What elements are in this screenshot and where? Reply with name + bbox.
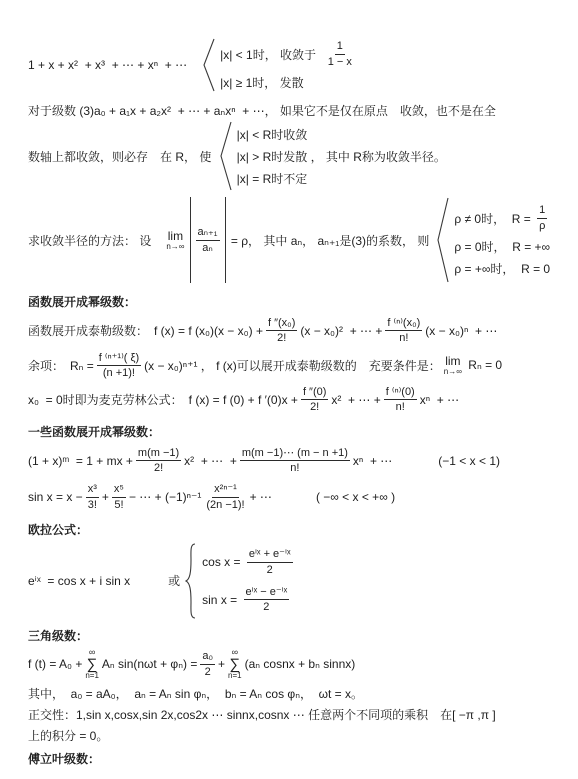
taylor-mid-text: (x − x₀)² + ⋯ + [300, 324, 382, 338]
fraction-numerator: f ″(0) [301, 385, 328, 400]
heading-some-expansions-text: 一些函数展开成幂级数： [28, 423, 160, 440]
lim-symbol: lim [168, 230, 183, 242]
maclaurin-mid-text: x² + ⋯ + [331, 393, 380, 407]
euler-cos-pre: cos x = [202, 555, 244, 569]
radius-method-label: 求收敛半径的方法： 设 [28, 232, 163, 249]
euler-lhs: eⁱˣ = cos x + i sin x [28, 574, 130, 588]
fraction-denominator: 3! [86, 498, 99, 512]
fraction-x5-over-5fact: x⁵5! [112, 482, 126, 512]
fraction-sin: eⁱˣ − e⁻ⁱˣ2 [244, 585, 290, 615]
fraction-x2n1-over-2n1fact: x²ⁿ⁻¹(2n −1)! [204, 482, 246, 512]
text-integral-zero-content: 上的积分 = 0。 [28, 727, 108, 744]
fraction-f2-over-2fact: f ″(x₀)2! [266, 316, 297, 346]
fraction-denominator: 2 [261, 600, 271, 614]
formula-radius-method: 求收敛半径的方法： 设 limn→∞ aₙ₊₁aₙ = ρ， 其中 aₙ， aₙ… [28, 197, 562, 283]
fraction-one-over-one-minus-x: 11 − x [326, 39, 354, 69]
sum-lower-limit: n=1 [228, 672, 242, 680]
heading-fourier-series-text: 傅立叶级数： [28, 750, 100, 767]
fraction-denominator: aₙ [200, 241, 215, 255]
trig-mid2-text: (aₙ cosnx + bₙ sinnx) [245, 657, 356, 671]
rho-case-infinity: ρ = +∞时， R = 0 [454, 260, 550, 277]
formula-euler: eⁱˣ = cos x + i sin x 或 cos x = eⁱˣ + e⁻… [28, 542, 562, 620]
fraction-denominator: 2 [265, 563, 275, 577]
formula-maclaurin: x₀ = 0时即为麦克劳林公式： f (x) = f (0) + f ′(0)x… [28, 385, 562, 415]
power-series-line2-text: 数轴上都收敛，则必存 在 R， 使 [28, 148, 215, 165]
fraction-numerator: x⁵ [112, 482, 126, 497]
formula-binomial: (1 + x)ᵐ = 1 + mx + m(m −1)2! x² + ⋯ + m… [28, 446, 562, 476]
trig-pre-text: f (t) = A₀ + [28, 657, 82, 671]
euler-cases: cos x = eⁱˣ + e⁻ⁱˣ2 sin x = eⁱˣ − e⁻ⁱˣ2 [202, 547, 295, 614]
para-power-series-definition: 对于级数 (3)a₀ + a₁x + a₂x² + ⋯ + aₙxⁿ + ⋯， … [28, 102, 562, 191]
fraction-denominator: 2! [152, 461, 165, 475]
euler-or-text: 或 [168, 572, 180, 589]
radius-case-divergent: |x| > R时发散 ， 其中 R称为收敛半径。 [237, 148, 446, 165]
fraction-one-over-rho: 1ρ [537, 203, 547, 233]
fraction-a0-over-2: a₀2 [200, 649, 215, 679]
limit-operator: limn→∞ [166, 230, 184, 251]
radius-cases: |x| < R时收敛 |x| > R时发散 ， 其中 R称为收敛半径。 |x| … [237, 126, 446, 187]
fraction-an1-over-an: aₙ₊₁aₙ [196, 225, 220, 255]
text-integral-zero: 上的积分 = 0。 [28, 727, 562, 744]
abs-bar [190, 197, 191, 283]
fraction-cos: eⁱˣ + e⁻ⁱˣ2 [247, 547, 293, 577]
fraction-mterms-over-nfact: m(m −1)⋯ (m − n +1)n! [240, 446, 350, 476]
fraction-mm1-over-2fact: m(m −1)2! [136, 446, 181, 476]
fraction-numerator: aₙ₊₁ [196, 225, 220, 240]
fraction-denominator: n! [288, 461, 301, 475]
sum-symbol: ∑ [87, 658, 98, 672]
fraction-numerator: eⁱˣ − e⁻ⁱˣ [244, 585, 290, 600]
formula-sine: sin x = x − x³3! + x⁵5! − ⋯ + (−1)ⁿ⁻¹ x²… [28, 482, 562, 512]
angle-bracket-icon [203, 38, 215, 92]
euler-sin-pre: sin x = [202, 593, 240, 607]
fraction-f2-over-2fact: f ″(0)2! [301, 385, 328, 415]
power-series-line1-text: 对于级数 (3)a₀ + a₁x + a₂x² + ⋯ + aₙxⁿ + ⋯， … [28, 102, 496, 119]
geometric-series-expression: 1 + x + x² + x³ + ⋯ + xⁿ + ⋯ [28, 58, 187, 72]
rho-case-nonzero-text: ρ ≠ 0时， R = [454, 210, 534, 227]
remainder-pre-text: 余项： Rₙ = [28, 357, 94, 374]
heading-power-expansion-text: 函数展开成幂级数： [28, 293, 136, 310]
angle-bracket-icon [437, 197, 449, 283]
heading-euler-text: 欧拉公式： [28, 521, 88, 538]
fraction-numerator: eⁱˣ + e⁻ⁱˣ [247, 547, 293, 562]
euler-cos-line: cos x = eⁱˣ + e⁻ⁱˣ2 [202, 547, 295, 577]
radius-method-mid-text: = ρ， 其中 aₙ， aₙ₊₁是(3)的系数， 则 [228, 232, 430, 249]
heading-trig-series: 三角级数： [28, 627, 562, 644]
fraction-numerator: a₀ [200, 649, 215, 664]
heading-some-expansions: 一些函数展开成幂级数： [28, 423, 562, 440]
fraction-denominator: 2! [308, 400, 321, 414]
binomial-pre-text: (1 + x)ᵐ = 1 + mx + [28, 454, 133, 468]
heading-trig-series-text: 三角级数： [28, 627, 88, 644]
power-series-line2: 数轴上都收敛，则必存 在 R， 使 |x| < R时收敛 |x| > R时发散 … [28, 121, 562, 191]
sine-pre-text: sin x = x − [28, 490, 83, 504]
case-convergent-text: |x| < 1时， 收敛于 [220, 46, 323, 63]
fraction-denominator: 1 − x [326, 55, 354, 69]
rho-case-zero: ρ = 0时， R = +∞ [454, 238, 550, 255]
fraction-numerator: 1 [335, 39, 345, 54]
fraction-numerator: f ⁽ⁿ⁾(x₀) [385, 316, 422, 331]
text-coefficients: 其中， a₀ = aA₀， aₙ = Aₙ sin φₙ， bₙ = Aₙ co… [28, 685, 562, 702]
binomial-mid-text: x² + ⋯ + [184, 454, 237, 468]
fraction-numerator: x²ⁿ⁻¹ [212, 482, 239, 497]
angle-bracket-icon [220, 121, 232, 191]
rho-cases: ρ ≠ 0时， R = 1ρ ρ = 0时， R = +∞ ρ = +∞时， R… [454, 203, 550, 277]
lim-subscript: n→∞ [444, 368, 462, 376]
lim-symbol: lim [445, 355, 460, 367]
fraction-denominator: n! [394, 400, 407, 414]
fraction-denominator: ρ [537, 219, 547, 233]
fraction-numerator: m(m −1) [136, 446, 181, 461]
limit-operator: limn→∞ [444, 355, 462, 376]
heading-fourier-series: 傅立叶级数： [28, 750, 562, 767]
fraction-denominator: n! [397, 331, 410, 345]
sum-lower-limit: n=1 [85, 672, 99, 680]
sine-mid-text: − ⋯ + (−1)ⁿ⁻¹ [129, 490, 201, 504]
binomial-post-text: xⁿ + ⋯ [353, 454, 392, 468]
fraction-denominator: 2 [203, 665, 213, 679]
geometric-series-cases: |x| < 1时， 收敛于 11 − x |x| ≥ 1时， 发散 [220, 39, 357, 91]
fraction-remainder: f ⁽ⁿ⁺¹⁾( ξ)(n +1)! [97, 351, 141, 381]
maclaurin-post-text: xⁿ + ⋯ [420, 393, 459, 407]
sine-plus-sign: + [102, 490, 109, 504]
formula-trig-series: f (t) = A₀ + ∞∑n=1 Aₙ sin(nωt + φₙ) = a₀… [28, 648, 562, 681]
euler-sin-line: sin x = eⁱˣ − e⁻ⁱˣ2 [202, 585, 295, 615]
fraction-denominator: 5! [112, 498, 125, 512]
binomial-range: (−1 < x < 1) [438, 454, 500, 468]
rho-case-nonzero: ρ ≠ 0时， R = 1ρ [454, 203, 550, 233]
fraction-numerator: x³ [86, 482, 99, 497]
fraction-denominator: 2! [275, 331, 288, 345]
fraction-numerator: 1 [537, 203, 547, 218]
text-coefficients-content: 其中， a₀ = aA₀， aₙ = Aₙ sin φₙ， bₙ = Aₙ co… [28, 685, 363, 702]
math-notes-page: 1 + x + x² + x³ + ⋯ + xⁿ + ⋯ |x| < 1时， 收… [0, 0, 578, 779]
fraction-numerator: m(m −1)⋯ (m − n +1) [240, 446, 350, 461]
fraction-x3-over-3fact: x³3! [86, 482, 99, 512]
sine-range: ( −∞ < x < +∞ ) [316, 490, 395, 504]
heading-power-expansion: 函数展开成幂级数： [28, 293, 562, 310]
formula-taylor-series: 函数展开成泰勒级数： f (x) = f (x₀)(x − x₀) + f ″(… [28, 316, 562, 346]
maclaurin-pre-text: x₀ = 0时即为麦克劳林公式： f (x) = f (0) + f ′(0)x… [28, 391, 298, 408]
curly-brace-icon [185, 542, 197, 620]
formula-geometric-series: 1 + x + x² + x³ + ⋯ + xⁿ + ⋯ |x| < 1时， 收… [28, 38, 562, 92]
fraction-fn-over-nfact: f ⁽ⁿ⁾(0)n! [384, 385, 417, 415]
trig-mid1-text: Aₙ sin(nωt + φₙ) = [102, 657, 197, 671]
text-orthogonality: 正交性：1,sin x,cosx,sin 2x,cos2x ⋯ sinnx,co… [28, 706, 562, 723]
abs-bar [225, 197, 226, 283]
heading-euler: 欧拉公式： [28, 521, 562, 538]
radius-case-convergent: |x| < R时收敛 [237, 126, 446, 143]
formula-remainder: 余项： Rₙ = f ⁽ⁿ⁺¹⁾( ξ)(n +1)! (x − x₀)ⁿ⁺¹ … [28, 351, 562, 381]
power-series-line1: 对于级数 (3)a₀ + a₁x + a₂x² + ⋯ + aₙxⁿ + ⋯， … [28, 102, 562, 119]
radius-case-undetermined: |x| = R时不定 [237, 170, 446, 187]
taylor-pre-text: 函数展开成泰勒级数： f (x) = f (x₀)(x − x₀) + [28, 322, 263, 339]
fraction-fn-over-nfact: f ⁽ⁿ⁾(x₀)n! [385, 316, 422, 346]
case-divergent: |x| ≥ 1时， 发散 [220, 74, 357, 91]
sum-symbol: ∑ [229, 658, 240, 672]
fraction-denominator: (2n −1)! [204, 498, 246, 512]
remainder-mid-text: (x − x₀)ⁿ⁺¹ ， f (x)可以展开成泰勒级数的 充要条件是： [144, 357, 441, 374]
fraction-numerator: f ⁽ⁿ⁾(0) [384, 385, 417, 400]
trig-plus-sign: + [218, 657, 225, 671]
fraction-numerator: f ″(x₀) [266, 316, 297, 331]
text-orthogonality-content: 正交性：1,sin x,cosx,sin 2x,cos2x ⋯ sinnx,co… [28, 706, 496, 723]
sine-post-text: + ⋯ [250, 490, 272, 504]
taylor-post-text: (x − x₀)ⁿ + ⋯ [425, 324, 497, 338]
remainder-post-text: Rₙ = 0 [465, 358, 502, 372]
fraction-numerator: f ⁽ⁿ⁺¹⁾( ξ) [97, 351, 141, 366]
fraction-denominator: (n +1)! [101, 366, 137, 380]
summation-operator: ∞∑n=1 [85, 648, 99, 681]
case-divergent-text: |x| ≥ 1时， 发散 [220, 74, 304, 91]
lim-subscript: n→∞ [166, 243, 184, 251]
summation-operator: ∞∑n=1 [228, 648, 242, 681]
case-convergent: |x| < 1时， 收敛于 11 − x [220, 39, 357, 69]
